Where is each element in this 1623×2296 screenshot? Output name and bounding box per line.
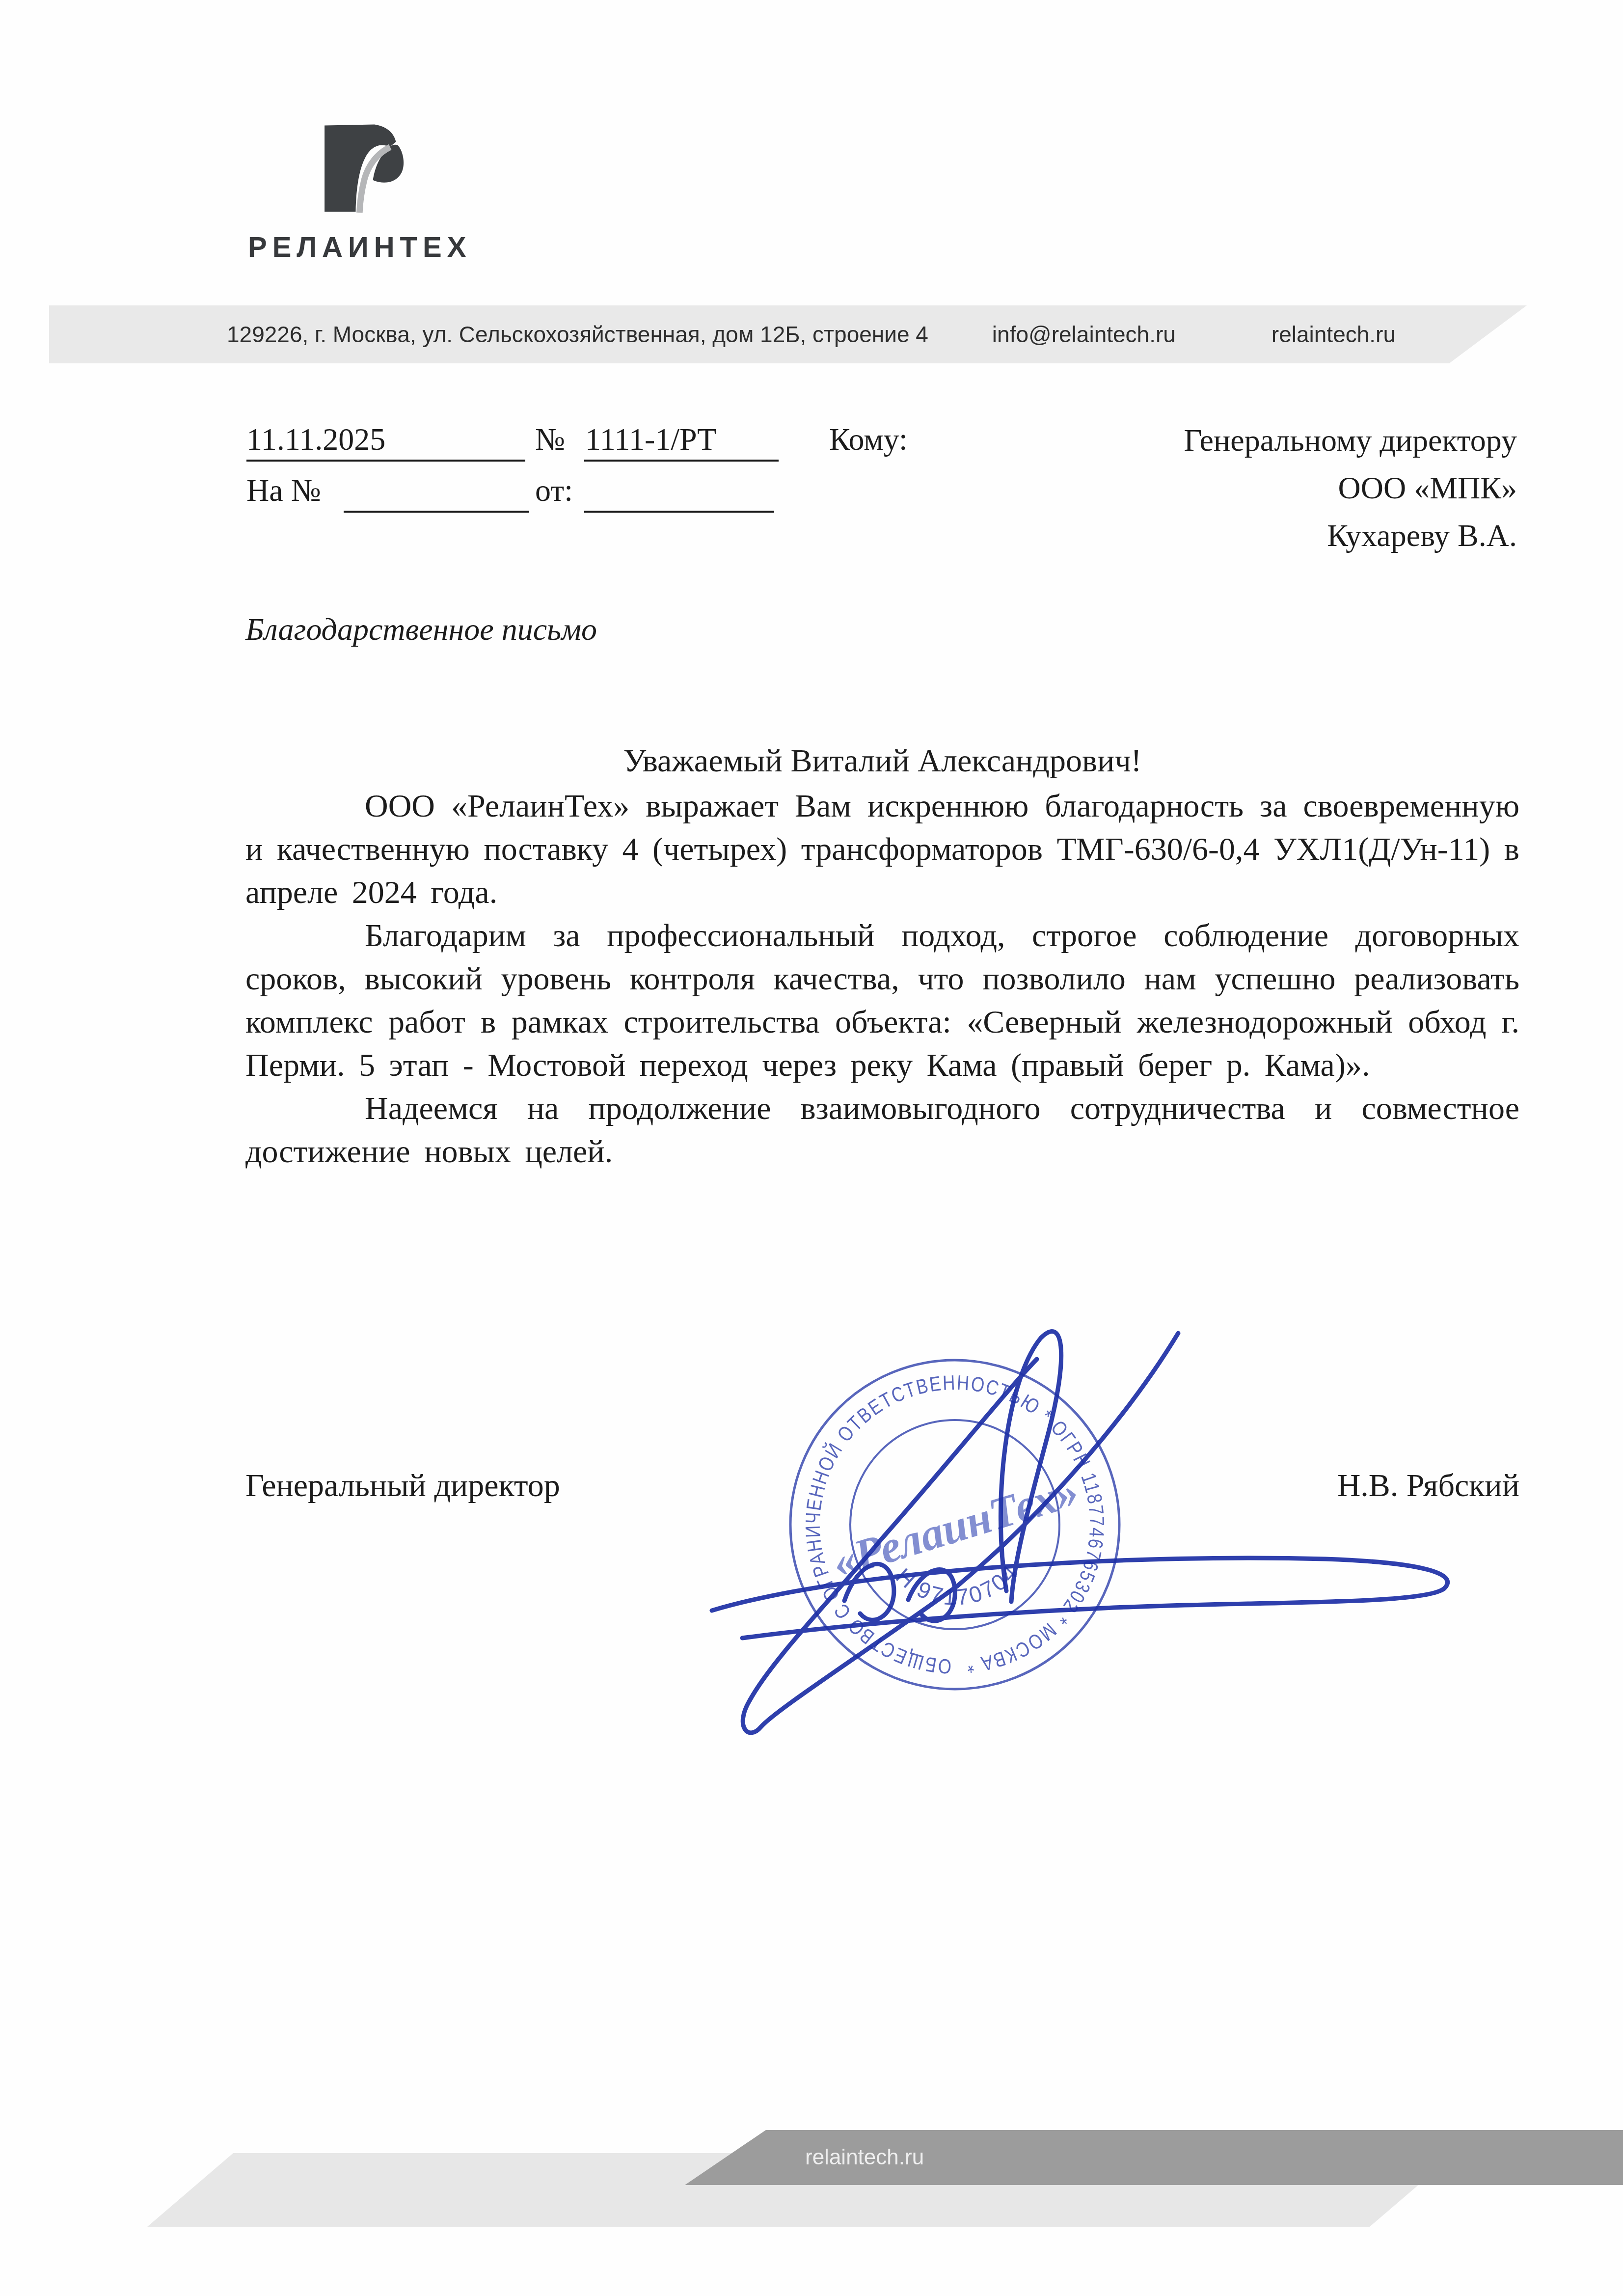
number-sign: № <box>535 421 565 458</box>
recipient-block: Генеральному директору ООО «МПК» Кухарев… <box>1184 416 1517 559</box>
signer-position: Генеральный директор <box>245 1467 560 1504</box>
date-underline <box>246 460 525 462</box>
company-website: relaintech.ru <box>1271 321 1396 348</box>
reply-to-label: На № <box>246 472 321 509</box>
paragraph-1: ООО «РелаинТех» выражает Вам искреннюю б… <box>245 785 1519 914</box>
letter-body: ООО «РелаинТех» выражает Вам искреннюю б… <box>245 785 1519 1174</box>
scanned-letter-page: РЕЛАИНТЕХ 129226, г. Москва, ул. Сельско… <box>0 0 1623 2296</box>
number-underline <box>584 460 779 462</box>
salutation: Уважаемый Виталий Александрович! <box>245 742 1519 780</box>
header-address-band: 129226, г. Москва, ул. Сельскохозяйствен… <box>49 305 1527 363</box>
footer-dark-band: relaintech.ru <box>685 2130 1623 2185</box>
relaintech-logo-icon <box>317 117 415 215</box>
recipient-position: Генеральному директору <box>1184 416 1517 464</box>
recipient-name: Кухареву В.А. <box>1184 512 1517 559</box>
company-email: info@relaintech.ru <box>992 321 1176 348</box>
letter-number: 1111-1/РТ <box>585 421 716 458</box>
letter-date: 11.11.2025 <box>246 421 385 458</box>
logo-wordmark: РЕЛАИНТЕХ <box>248 231 479 264</box>
letter-subject: Благодарственное письмо <box>245 611 597 648</box>
recipient-company: ООО «МПК» <box>1184 464 1517 512</box>
paragraph-3: Надеемся на продолжение взаимовыгодного … <box>245 1087 1519 1174</box>
to-label: Кому: <box>829 421 908 458</box>
company-address: 129226, г. Москва, ул. Сельскохозяйствен… <box>227 321 928 348</box>
reply-number-blank <box>344 511 529 513</box>
from-date-label: от: <box>535 472 573 509</box>
from-date-blank <box>584 511 774 513</box>
paragraph-2: Благодарим за профессиональный подход, с… <box>245 914 1519 1087</box>
company-stamp: ОБЩЕСТВО С ОГРАНИЧЕННОЙ ОТВЕТСТВЕННОСТЬЮ… <box>614 1286 1497 1851</box>
footer-website: relaintech.ru <box>805 2145 924 2170</box>
